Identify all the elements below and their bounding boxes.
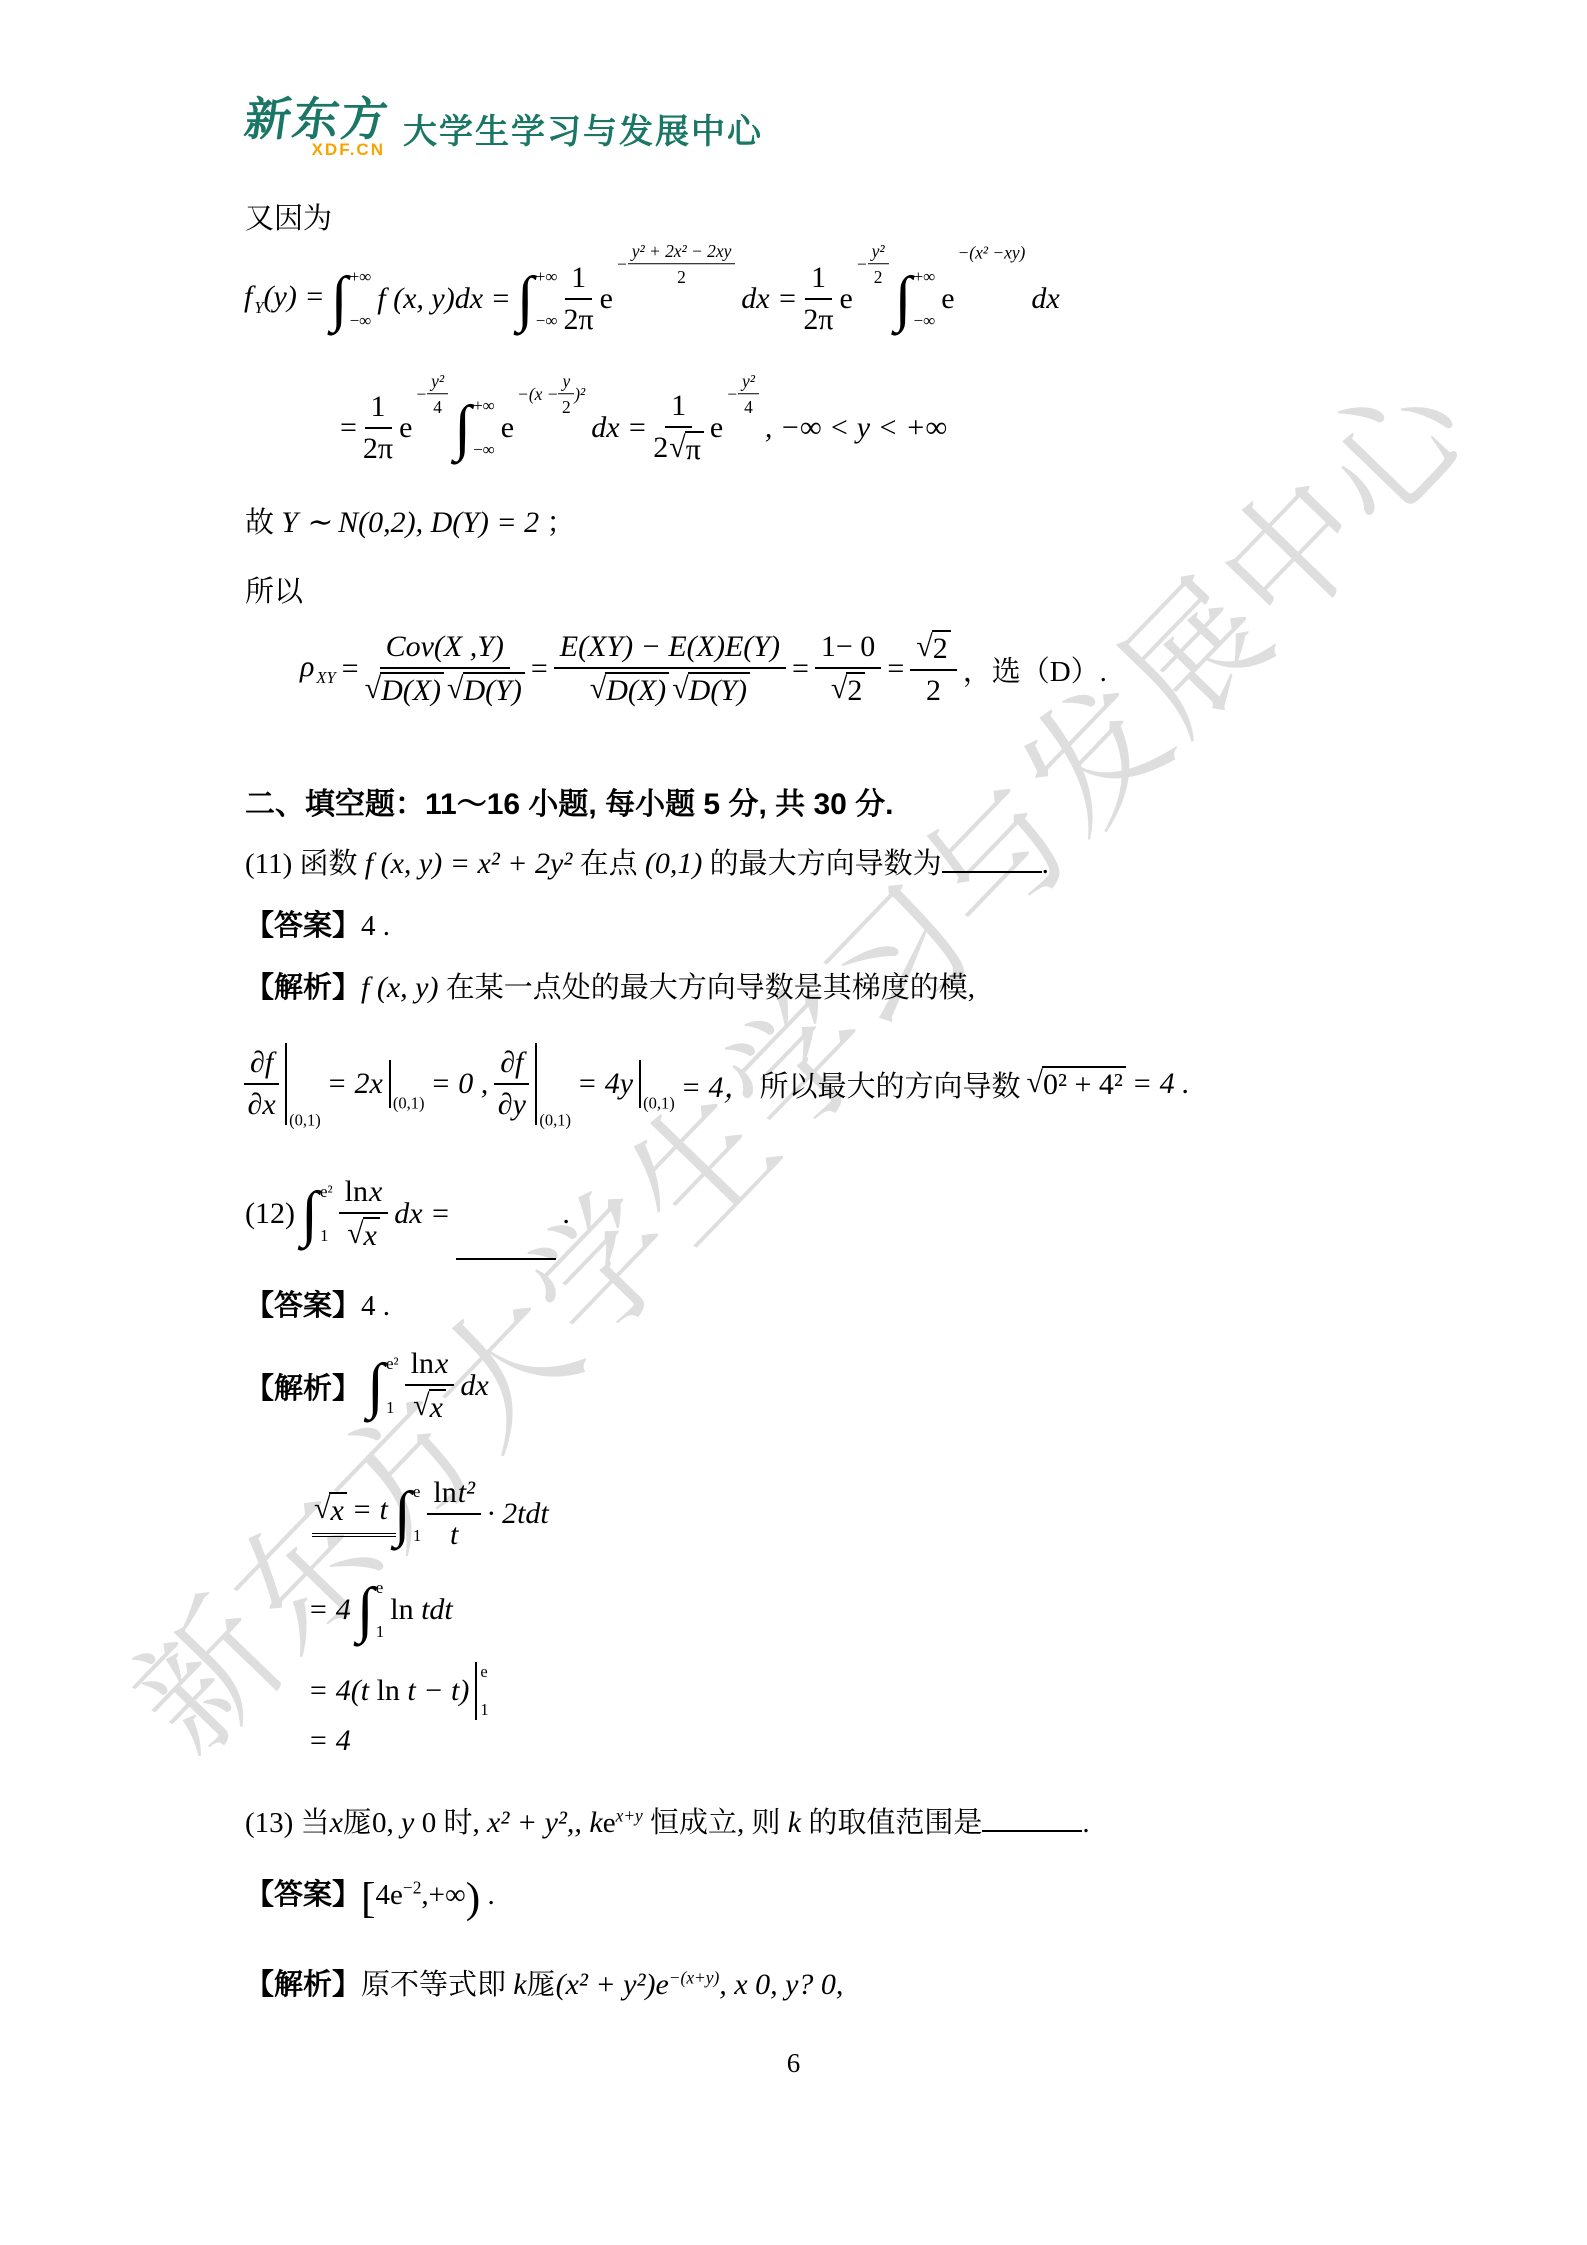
denominator: √x <box>413 1386 446 1426</box>
square-root: √D(X) <box>590 672 669 709</box>
integral-symbol: ∫ <box>454 402 471 455</box>
exponent-open: −(x − <box>517 384 558 405</box>
numerator: 1 <box>565 261 592 301</box>
euler-e: e <box>710 411 723 445</box>
equals-sign: = <box>887 652 904 686</box>
fraction: Cov(X ,Y) √D(X) √D(Y) <box>365 630 525 709</box>
upper-limit: +∞ <box>536 267 558 287</box>
radicand: D(X) <box>380 672 444 709</box>
answer-value: 4 . <box>361 1290 390 1322</box>
math-run: = t <box>352 1493 388 1527</box>
upper-limit: e <box>413 1482 422 1502</box>
math-run: = 4 <box>308 1593 351 1627</box>
math-run: f (x, y) = x² + 2y² <box>365 847 573 880</box>
math-run: k <box>513 1968 526 2001</box>
suoyi-text: 所以 <box>245 569 303 610</box>
answer-blank <box>982 1801 1082 1832</box>
page-number: 6 <box>0 2048 1587 2079</box>
cn-text: 所以最大的方向导数 <box>759 1064 1020 1105</box>
radical-symbol: √ <box>831 672 847 707</box>
integral: ∫e²1 <box>301 1182 333 1246</box>
document-page: 新东方大学生学习与发展中心 新东方 XDF.CN 大学生学习与发展中心 又因为 … <box>0 0 1587 2245</box>
xdf-logo: 新东方 XDF.CN <box>245 96 389 160</box>
fraction: ln x√x <box>405 1347 455 1426</box>
denominator: ∂x <box>248 1085 276 1123</box>
square-root: √2 <box>831 672 865 709</box>
analysis-11: 【解析】f (x, y) 在某一点处的最大方向导数是其梯度的模, <box>245 965 975 1006</box>
fraction: y2 <box>558 371 574 417</box>
integral: ∫e²1 <box>367 1354 399 1418</box>
answer-label: 【答案】 <box>245 910 361 942</box>
math-run: · 2tdt <box>487 1497 549 1531</box>
radical-symbol: √ <box>672 672 688 707</box>
math-run: dx = <box>741 282 797 316</box>
integral-symbol: ∫ <box>331 273 348 326</box>
evaluation-bar: (0,1) <box>285 1043 321 1125</box>
numerator: √2 <box>910 630 956 672</box>
exponent: −y²4 <box>726 371 759 417</box>
answer-value: ,+∞ <box>421 1879 465 1911</box>
period: . <box>1042 848 1049 880</box>
answer-label: 【答案】 <box>245 1879 361 1911</box>
radicand: 0² + 4² <box>1042 1066 1126 1102</box>
question-number: (11) <box>245 848 292 880</box>
cn-text: 的最大方向导数为 <box>702 848 941 880</box>
numerator: Cov(X ,Y) <box>380 630 510 670</box>
numerator: 1 <box>365 390 392 430</box>
integral-symbol: ∫ <box>394 1488 411 1541</box>
upper-limit: e <box>480 1662 488 1682</box>
denominator: 2π <box>363 429 393 467</box>
answer-12: 【答案】4 . <box>245 1283 390 1324</box>
step-substitution: √x = t ∫e1 ln t²t · 2tdt <box>312 1460 549 1568</box>
formula-fy-cont: = 12π e −y²4 ∫+∞−∞ e −(x −y2)² dx = 12√π… <box>340 374 947 482</box>
denominator: 2 <box>562 394 571 417</box>
numerator: 1− 0 <box>815 630 881 670</box>
fraction: 12π <box>803 261 833 338</box>
radicand: D(Y) <box>463 672 525 709</box>
lower-limit: 1 <box>480 1700 488 1720</box>
exponent-close: )² <box>574 384 585 405</box>
minus-sign: − <box>856 254 868 275</box>
math-run: f (x, y) <box>361 971 438 1004</box>
integral-symbol: ∫ <box>517 273 534 326</box>
answer-value: 4 . <box>361 910 390 942</box>
lower-limit: −∞ <box>914 311 936 331</box>
lower-limit: −∞ <box>536 311 558 331</box>
equals-sign: = <box>342 652 359 686</box>
fraction: 12π <box>363 390 393 467</box>
answer-11: 【答案】4 . <box>245 903 390 944</box>
period: . <box>480 1879 495 1911</box>
minus-sign: − <box>616 254 628 275</box>
fraction: y²2 <box>868 241 889 287</box>
math-run: 0 <box>422 1807 437 1839</box>
denominator: 2 <box>926 671 941 709</box>
cn-text: 在某一点处的最大方向导数是其梯度的模, <box>438 972 975 1004</box>
euler-e: e <box>941 282 954 316</box>
fraction: 12√π <box>653 389 704 468</box>
equals-sign: = <box>531 652 548 686</box>
numerator: y² <box>738 371 759 394</box>
radicand: x <box>429 1389 446 1426</box>
euler-e: e <box>840 282 853 316</box>
cn-text: 原不等式即 <box>361 1969 513 2001</box>
math-run: = 4(t ln t − t) <box>308 1674 469 1708</box>
numerator: 1 <box>805 261 832 301</box>
euler-e: e <box>600 282 613 316</box>
step-4: = 4 <box>308 1724 351 1758</box>
upper-limit: e² <box>386 1354 399 1374</box>
numerator: ln x <box>339 1175 389 1215</box>
equals-sign: = <box>340 411 357 445</box>
numerator: y <box>558 371 574 394</box>
radicand: x <box>329 1492 346 1528</box>
header: 新东方 XDF.CN 大学生学习与发展中心 <box>245 96 763 160</box>
formula-rho: ρXY = Cov(X ,Y) √D(X) √D(Y) = E(XY) − E(… <box>300 608 1107 730</box>
radicand: D(X) <box>605 672 669 709</box>
math-run: (x² + y²)e <box>556 1968 669 2001</box>
square-root: √π <box>669 431 704 468</box>
denominator: √2 <box>831 669 865 709</box>
evaluation-bar: e1 <box>475 1662 488 1720</box>
left-bracket: [ <box>361 1874 376 1922</box>
integral: ∫+∞−∞ <box>517 267 558 331</box>
square-root: √x <box>347 1217 380 1254</box>
fraction: ln x√x <box>339 1175 389 1254</box>
answer-label: 【答案】 <box>245 1290 361 1322</box>
radicand: 2 <box>846 672 865 709</box>
question-12: (12) ∫e²1 ln x√x dx = . <box>245 1168 570 1260</box>
formula-gradient: ∂f∂x (0,1) = 2x (0,1) = 0 , ∂f∂y (0,1) =… <box>244 1034 1190 1134</box>
lower-limit: 1 <box>376 1622 385 1642</box>
upper-limit: e² <box>320 1182 333 1202</box>
denominator: ∂y <box>498 1085 526 1123</box>
exponent: −(x+y) <box>669 1967 720 1987</box>
cn-text: 在点 <box>572 848 645 880</box>
math-run: fY(y) = <box>244 280 325 318</box>
math-run: Y ∼ N(0,2), D(Y) = 2 <box>281 506 539 539</box>
evaluation-bar: (0,1) <box>535 1043 571 1125</box>
math-run: = 4 . <box>1132 1067 1190 1101</box>
numerator: ∂f <box>494 1046 529 1086</box>
integral-symbol: ∫ <box>895 273 912 326</box>
radical-symbol: √ <box>1026 1066 1042 1100</box>
analysis-label: 【解析】 <box>245 1969 361 2001</box>
denominator: √x <box>347 1214 380 1254</box>
radicand: 2 <box>932 630 951 667</box>
denominator: 2π <box>564 300 594 338</box>
math-run: , x 0, y? 0, <box>719 1968 843 2001</box>
minus-sign: − <box>415 384 427 405</box>
numerator: ln t² <box>427 1476 481 1516</box>
answer-value: 4e <box>376 1879 403 1911</box>
fraction: ln t²t <box>427 1476 481 1553</box>
lower-limit: 1 <box>320 1226 333 1246</box>
radical-symbol: √ <box>916 630 932 665</box>
choice-text: ，选（D）. <box>963 649 1107 690</box>
math-run: = 4， <box>681 1062 754 1106</box>
denominator: 4 <box>433 394 442 417</box>
fraction: ∂f∂x <box>244 1046 279 1123</box>
math-run: , −∞ < y < +∞ <box>765 411 947 445</box>
denominator: 2 <box>677 264 686 287</box>
period: . <box>562 1197 570 1231</box>
integral: ∫+∞−∞ <box>895 267 936 331</box>
cn-text: 时, <box>436 1807 487 1839</box>
radicand: x <box>363 1217 380 1254</box>
integral: ∫+∞−∞ <box>331 267 372 331</box>
euler-e: e <box>603 1807 616 1839</box>
radical-symbol: √ <box>590 672 606 707</box>
analysis-label: 【解析】 <box>245 1366 361 1407</box>
math-run: dx <box>1031 282 1059 316</box>
fraction: E(XY) − E(X)E(Y) √D(X) √D(Y) <box>554 630 786 709</box>
denominator: √D(X) √D(Y) <box>365 669 525 709</box>
step-3: = 4(t ln t − t) e1 <box>308 1660 489 1722</box>
math-run: k <box>788 1806 801 1839</box>
fraction: y² + 2x² − 2xy2 <box>628 241 736 287</box>
upper-limit: +∞ <box>473 396 495 416</box>
period: . <box>1082 1807 1089 1839</box>
square-root: √2 <box>916 630 950 667</box>
step-2: = 4 ∫e1 ln tdt <box>308 1574 453 1646</box>
numerator: ln x <box>405 1347 455 1387</box>
math-run: x² + y²,, k <box>487 1806 603 1839</box>
math-run: y <box>401 1806 422 1839</box>
radical-symbol: √ <box>365 672 381 707</box>
exponent: −2 <box>403 1877 422 1897</box>
radical-symbol: √ <box>347 1217 363 1252</box>
square-root: √D(Y) <box>447 672 525 709</box>
answer-13: 【答案】[4e−2,+∞) . <box>245 1872 495 1923</box>
question-13: (13) 当x厖0, y 0 时, x² + y²,, kex+y 恒成立, 则… <box>245 1800 1090 1841</box>
cn-text: 当 <box>293 1807 329 1839</box>
numerator: y² <box>868 241 889 264</box>
conclusion-line: 故 Y ∼ N(0,2), D(Y) = 2 ； <box>245 500 575 541</box>
exponent: x+y <box>616 1805 643 1825</box>
evaluation-point: (0,1) <box>539 1111 571 1131</box>
square-root: √D(X) <box>365 672 444 709</box>
euler-e: e <box>501 411 514 445</box>
radical-symbol: √ <box>314 1492 330 1526</box>
denominator: 2 <box>874 264 883 287</box>
upper-limit: e <box>376 1578 385 1598</box>
lead-text: 又因为 <box>245 196 332 237</box>
lower-limit: 1 <box>386 1398 399 1418</box>
answer-blank <box>942 842 1042 873</box>
radicand: D(Y) <box>688 672 750 709</box>
evaluation-point: (0,1) <box>289 1111 321 1131</box>
equals-sign: = <box>792 652 809 686</box>
square-root: √D(Y) <box>672 672 750 709</box>
numerator: 1 <box>665 389 692 429</box>
minus-sign: − <box>726 384 738 405</box>
evaluation-bar: (0,1) <box>639 1060 675 1108</box>
fraction: 12π <box>564 261 594 338</box>
math-run: f (x, y)dx = <box>377 282 511 316</box>
upper-limit: +∞ <box>914 267 936 287</box>
analysis-13: 【解析】原不等式即 k厖(x² + y²)e−(x+y), x 0, y? 0, <box>245 1962 843 2003</box>
numerator: E(XY) − E(X)E(Y) <box>554 630 786 670</box>
corrupted-geq-glyph: 厖 <box>343 1807 372 1839</box>
square-root: √0² + 4² <box>1026 1066 1125 1102</box>
euler-e: e <box>399 411 412 445</box>
square-root: √x <box>413 1389 446 1426</box>
analysis-12-head: 【解析】 ∫e²1 ln x√x dx <box>245 1340 489 1432</box>
integral-symbol: ∫ <box>301 1188 318 1241</box>
exponent: −(x² −xy) <box>958 243 1026 264</box>
evaluation-bar: (0,1) <box>389 1060 425 1108</box>
exponent: −y²4 <box>415 371 448 417</box>
radical-symbol: √ <box>413 1389 429 1424</box>
denominator: √D(X) √D(Y) <box>590 669 750 709</box>
denominator: t <box>450 1515 458 1553</box>
question-number: (13) <box>245 1807 293 1839</box>
numerator: ∂f <box>244 1046 279 1086</box>
math-run: (0,1) <box>645 847 702 880</box>
math-run: = 0 , <box>430 1067 488 1101</box>
fraction: √2 2 <box>910 630 956 709</box>
math-run: ln tdt <box>390 1593 453 1627</box>
math-run: dx <box>460 1369 488 1403</box>
answer-blank <box>456 1228 556 1260</box>
denominator: 2π <box>803 300 833 338</box>
lower-limit: −∞ <box>350 311 372 331</box>
question-11: (11) 函数 f (x, y) = x² + 2y² 在点 (0,1) 的最大… <box>245 841 1049 882</box>
radical-symbol: √ <box>447 672 463 707</box>
fraction: ∂f∂y <box>494 1046 529 1123</box>
math-run: dx = <box>394 1197 450 1231</box>
math-run: = 4 <box>308 1724 351 1758</box>
cn-punct: ； <box>546 507 575 539</box>
math-run: = 2x <box>327 1067 383 1101</box>
org-title: 大学生学习与发展中心 <box>403 104 763 153</box>
exponent: −y²2 <box>856 241 889 287</box>
integral-symbol: ∫ <box>367 1360 384 1413</box>
upper-limit: +∞ <box>350 267 372 287</box>
cn-text: 故 <box>245 507 274 539</box>
denominator: 4 <box>744 394 753 417</box>
math-run: dx = <box>591 411 647 445</box>
evaluation-point: (0,1) <box>643 1094 675 1114</box>
analysis-label: 【解析】 <box>245 972 361 1004</box>
section-heading: 二、填空题：11～16 小题, 每小题 5 分, 共 30 分. <box>245 779 894 823</box>
radicand: π <box>685 431 704 468</box>
fraction: 1− 0 √2 <box>815 630 881 709</box>
math-run: x <box>330 1806 343 1839</box>
radical-symbol: √ <box>669 431 685 466</box>
exponent: −y² + 2x² − 2xy2 <box>616 241 735 287</box>
lower-limit: −∞ <box>473 440 495 460</box>
exponent: −(x −y2)² <box>517 371 585 417</box>
integral: ∫e1 <box>394 1482 421 1546</box>
math-run: 0, <box>372 1807 401 1839</box>
formula-fy: fY(y) = ∫+∞−∞ f (x, y)dx = ∫+∞−∞ 12π e −… <box>244 244 1060 354</box>
cn-text: 的取值范围是 <box>801 1807 982 1839</box>
right-paren: ) <box>466 1874 481 1922</box>
cn-text: 函数 <box>292 848 365 880</box>
lower-limit: 1 <box>413 1526 422 1546</box>
integral: ∫+∞−∞ <box>454 396 495 460</box>
logo-wordmark: 新东方 <box>242 96 392 142</box>
cn-text: 恒成立, 则 <box>643 1807 788 1839</box>
denominator: 2√π <box>653 428 704 468</box>
corrupted-geq-glyph: 厖 <box>527 1969 556 2001</box>
evaluation-point: (0,1) <box>393 1094 425 1114</box>
substitution-annotation: √x = t <box>312 1492 396 1537</box>
numerator: y² + 2x² − 2xy <box>628 241 736 264</box>
square-root: √x <box>314 1492 347 1528</box>
integral-symbol: ∫ <box>357 1584 374 1637</box>
numerator: y² <box>427 371 448 394</box>
question-number: (12) <box>245 1197 295 1231</box>
integral: ∫e1 <box>357 1578 384 1642</box>
math-run: = 4y <box>577 1067 633 1101</box>
fraction: y²4 <box>738 371 759 417</box>
fraction: y²4 <box>427 371 448 417</box>
math-run: ρXY <box>300 650 336 688</box>
